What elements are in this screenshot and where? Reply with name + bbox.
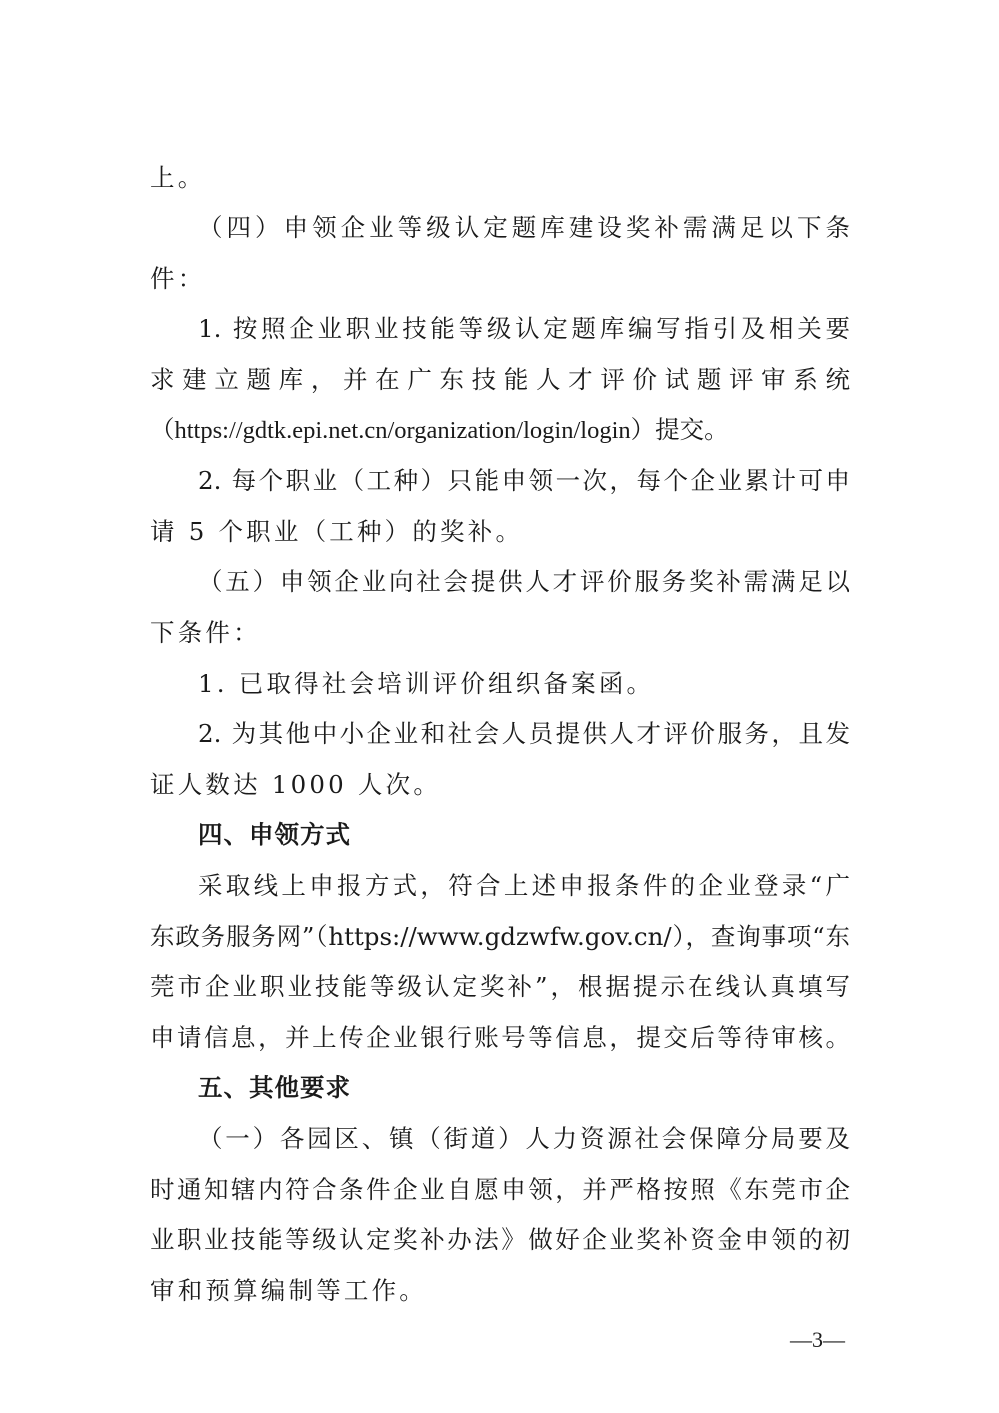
list-item-line: 请 5 个职业（工种）的奖补。 [150,507,850,557]
list-item-line: 1. 按照企业职业技能等级认定题库编写指引及相关要 [198,304,850,354]
url-line: （https://gdtk.epi.net.cn/organization/lo… [150,406,850,456]
list-item-line: 证人数达 1000 人次。 [150,760,850,810]
list-item-line: 1. 已取得社会培训评价组织备案函。 [198,659,850,709]
paragraph-line: 业职业技能等级认定奖补办法》做好企业奖补资金申领的初 [150,1215,850,1265]
section-heading-4: 四、申领方式 [198,810,850,860]
paragraph-line: 东政务服务网”（https://www.gdzwfw.gov.cn/），查询事项… [150,912,850,962]
paragraph-line: 审和预算编制等工作。 [150,1266,850,1316]
document-page: 上。 （四）申领企业等级认定题库建设奖补需满足以下条 件： 1. 按照企业职业技… [0,0,999,1413]
paragraph-line: 时通知辖内符合条件企业自愿申领，并严格按照《东莞市企 [150,1165,850,1215]
paragraph-line: 申请信息，并上传企业银行账号等信息，提交后等待审核。 [150,1013,850,1063]
paragraph-line: 采取线上申报方式，符合上述申报条件的企业登录“广 [198,861,850,911]
subsection-heading-4: （四）申领企业等级认定题库建设奖补需满足以下条 [198,203,850,253]
page-number: —3— [790,1327,845,1353]
paragraph-line: （一）各园区、镇（街道）人力资源社会保障分局要及 [198,1114,850,1164]
paragraph-line: 上。 [150,153,850,203]
list-item-line: 2. 为其他中小企业和社会人员提供人才评价服务，且发 [198,709,850,759]
list-item-line: 求建立题库，并在广东技能人才评价试题评审系统 [150,355,850,405]
list-item-line: 2. 每个职业（工种）只能申领一次，每个企业累计可申 [198,456,850,506]
paragraph-line: 下条件： [150,608,850,658]
paragraph-line: 莞市企业职业技能等级认定奖补”，根据提示在线认真填写 [150,962,850,1012]
subsection-heading-5: （五）申领企业向社会提供人才评价服务奖补需满足以 [198,557,850,607]
paragraph-line: 件： [150,254,850,304]
section-heading-5: 五、其他要求 [198,1063,850,1113]
